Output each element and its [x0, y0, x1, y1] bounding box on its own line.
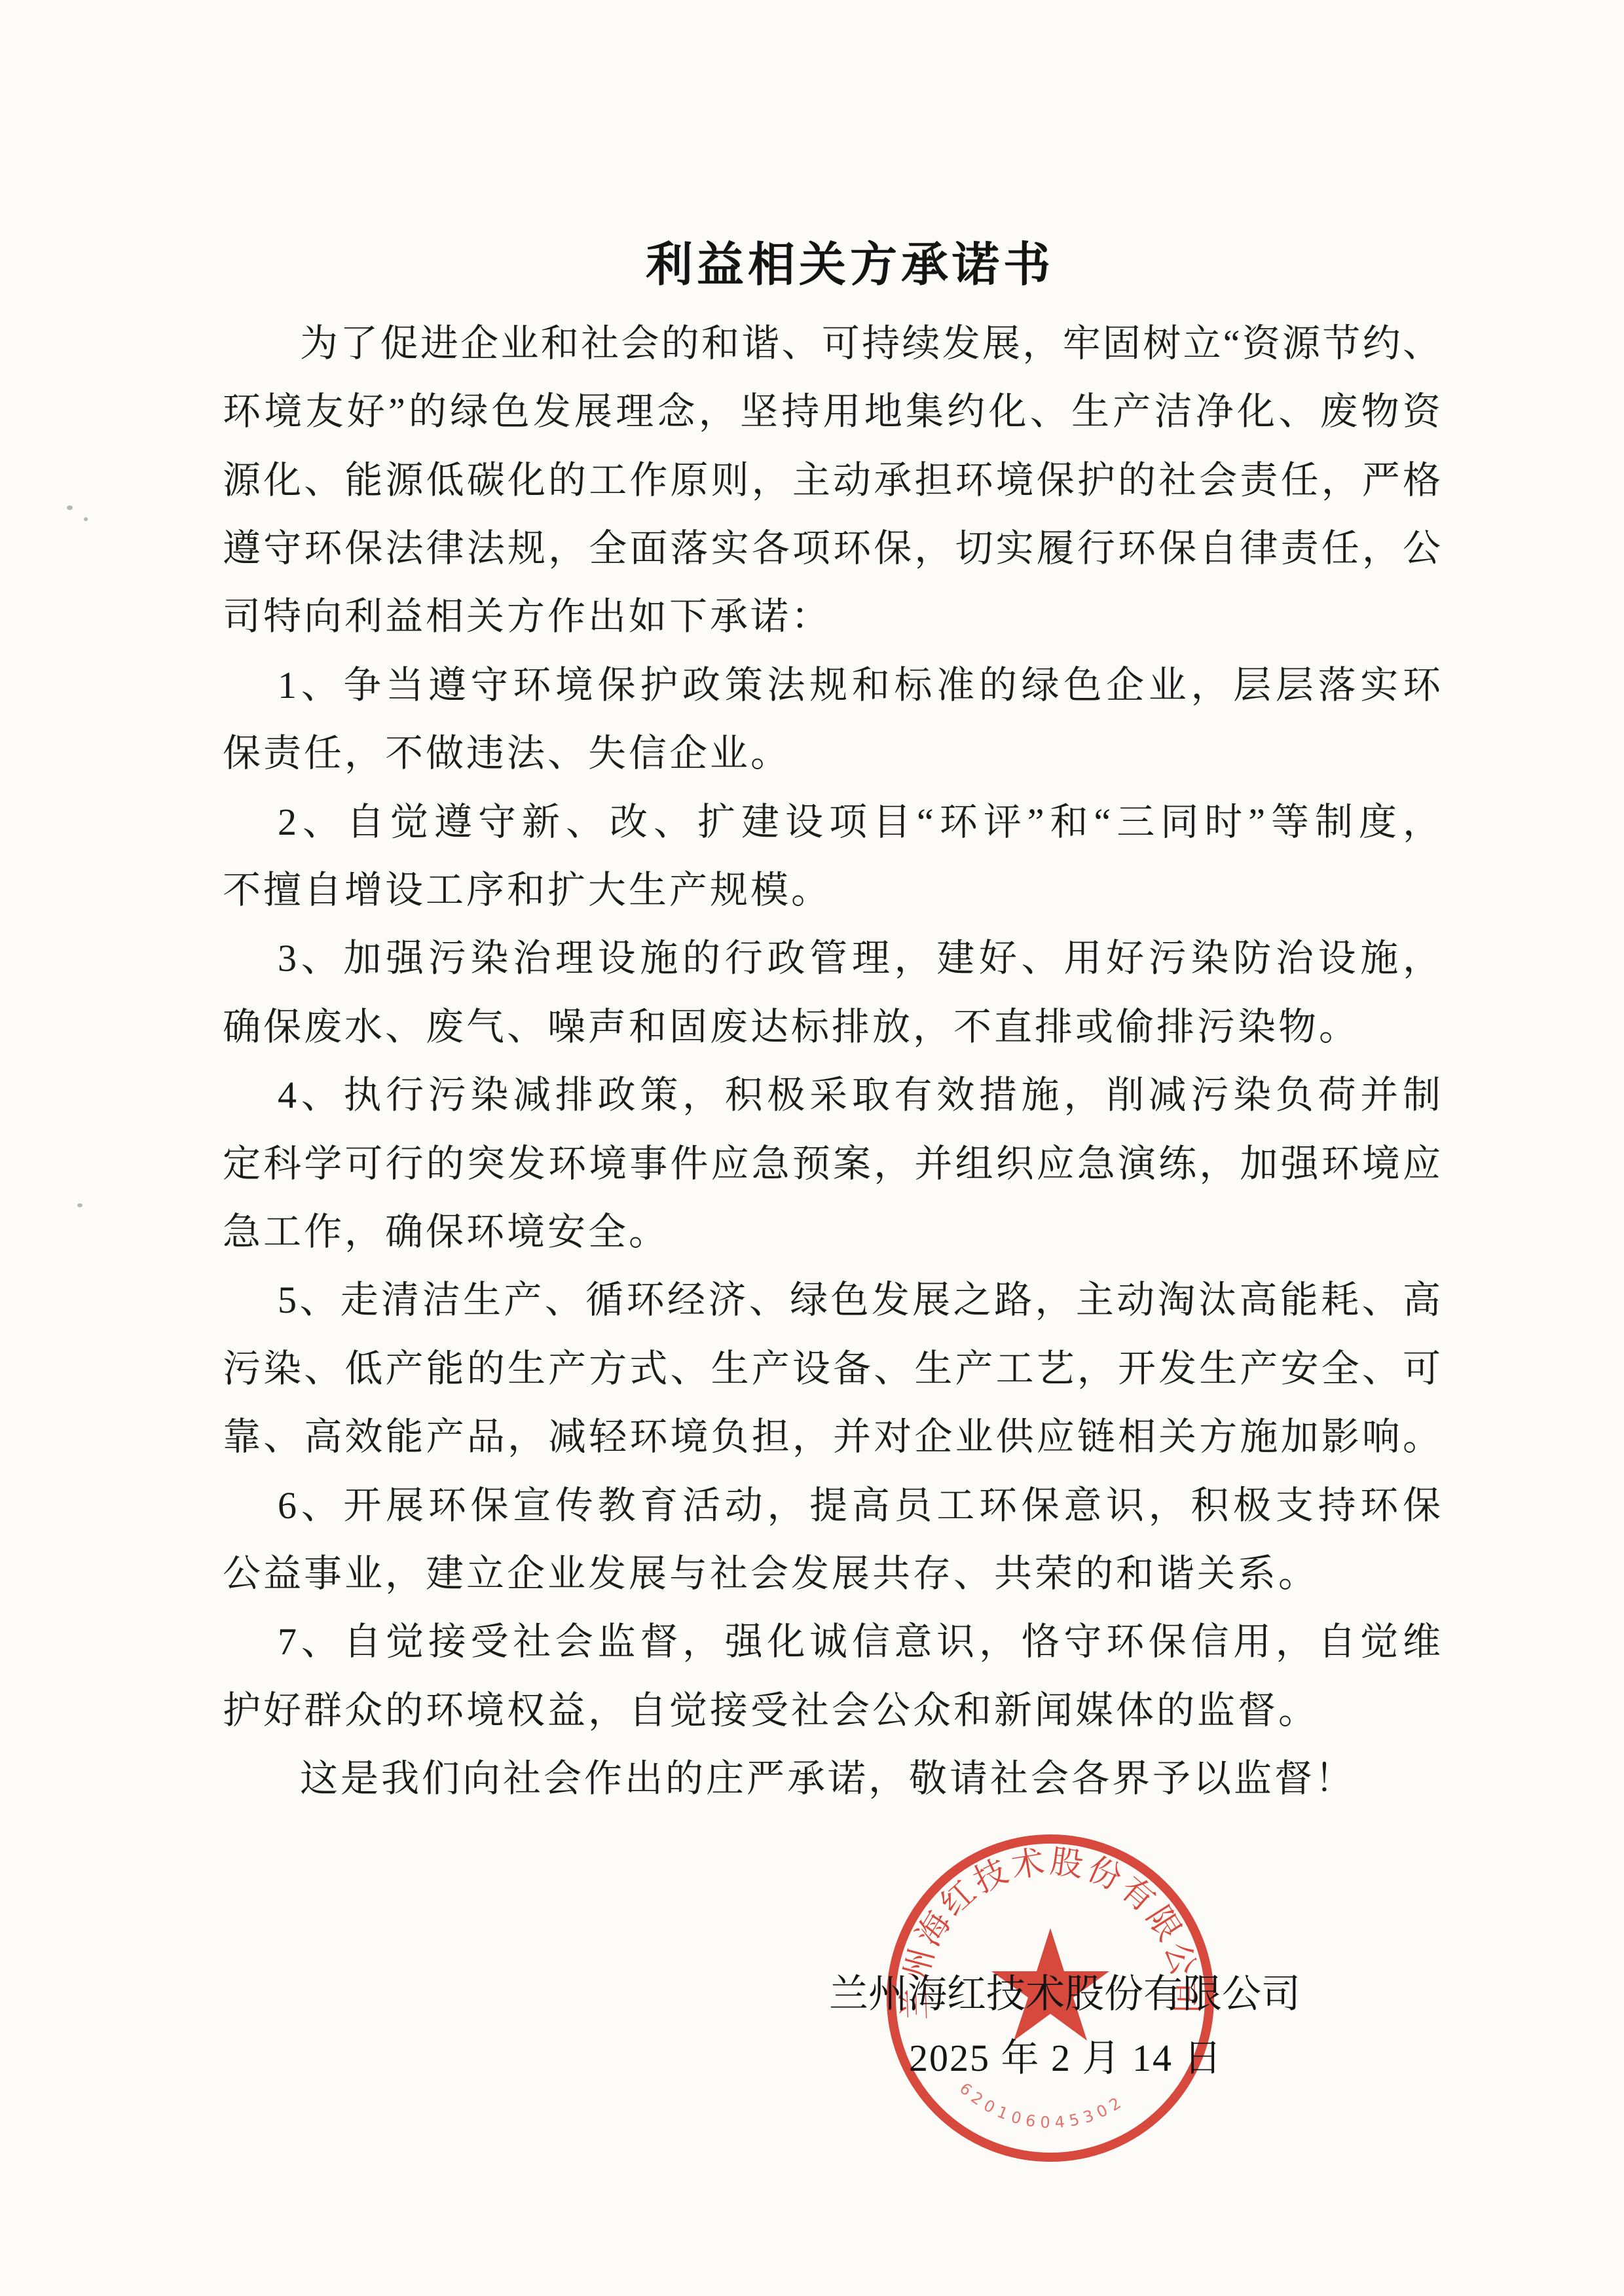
body-line: 护好群众的环境权益，自觉接受社会公众和新闻媒体的监督。 — [223, 1687, 1441, 1734]
document-page: 利益相关方承诺书 为了促进企业和社会的和谐、可持续发展，牢固树立“资源节约、 环… — [0, 0, 1624, 2296]
body-line: 5、走清洁生产、循环经济、绿色发展之路，主动淘汰高能耗、高 — [223, 1277, 1441, 1324]
body-line: 司特向利益相关方作出如下承诺： — [223, 593, 1441, 640]
body-line: 源化、能源低碳化的工作原则，主动承担环境保护的社会责任，严格 — [223, 457, 1441, 504]
body-line: 遵守环保法律法规，全面落实各项环保，切实履行环保自律责任，公 — [223, 525, 1441, 572]
page-title: 利益相关方承诺书 — [646, 227, 1054, 295]
body-line: 污染、低产能的生产方式、生产设备、生产工艺，开发生产安全、可 — [223, 1345, 1441, 1393]
seal-serial-wrap: 620106045302 — [956, 2079, 1129, 2132]
body-line: 1、争当遵守环境保护政策法规和标准的绿色企业，层层落实环 — [223, 662, 1441, 709]
body-line: 公益事业，建立企业发展与社会发展共存、共荣的和谐关系。 — [223, 1550, 1441, 1597]
body-line: 7、自觉接受社会监督，强化诚信意识，恪守环保信用，自觉维 — [223, 1618, 1441, 1666]
body-line: 定科学可行的突发环境事件应急预案，并组织应急演练，加强环境应 — [223, 1140, 1441, 1188]
signature-company-name: 兰州海红技术股份有限公司 — [829, 1963, 1301, 2019]
paper-speck — [67, 505, 73, 510]
body-line: 2、自觉遵守新、改、扩建设项目“环评”和“三同时”等制度， — [223, 799, 1441, 846]
body-line: 急工作，确保环境安全。 — [223, 1209, 1441, 1256]
body-line: 环境友好”的绿色发展理念，坚持用地集约化、生产洁净化、废物资 — [223, 388, 1441, 435]
body-line: 保责任，不做违法、失信企业。 — [223, 730, 1441, 777]
body-line: 靠、高效能产品，减轻环境负担，并对企业供应链相关方施加影响。 — [223, 1413, 1441, 1461]
seal-serial-number: 620106045302 — [956, 2079, 1129, 2132]
body-line: 不擅自增设工序和扩大生产规模。 — [223, 867, 1441, 914]
body-line: 这是我们向社会作出的庄严承诺，敬请社会各界予以监督！ — [223, 1755, 1441, 1802]
body-line: 确保废水、废气、噪声和固废达标排放，不直排或偷排污染物。 — [223, 1004, 1441, 1051]
paper-speck — [77, 1203, 83, 1207]
body-line: 为了促进企业和社会的和谐、可持续发展，牢固树立“资源节约、 — [223, 320, 1441, 367]
body-line: 4、执行污染减排政策，积极采取有效措施，削减污染负荷并制 — [223, 1072, 1441, 1119]
paper-speck — [84, 517, 88, 521]
body-line: 3、加强污染治理设施的行政管理，建好、用好污染防治设施， — [223, 935, 1441, 982]
signature-date: 2025 年 2 月 14 日 — [909, 2027, 1223, 2082]
body-line: 6、开展环保宣传教育活动，提高员工环保意识，积极支持环保 — [223, 1482, 1441, 1529]
